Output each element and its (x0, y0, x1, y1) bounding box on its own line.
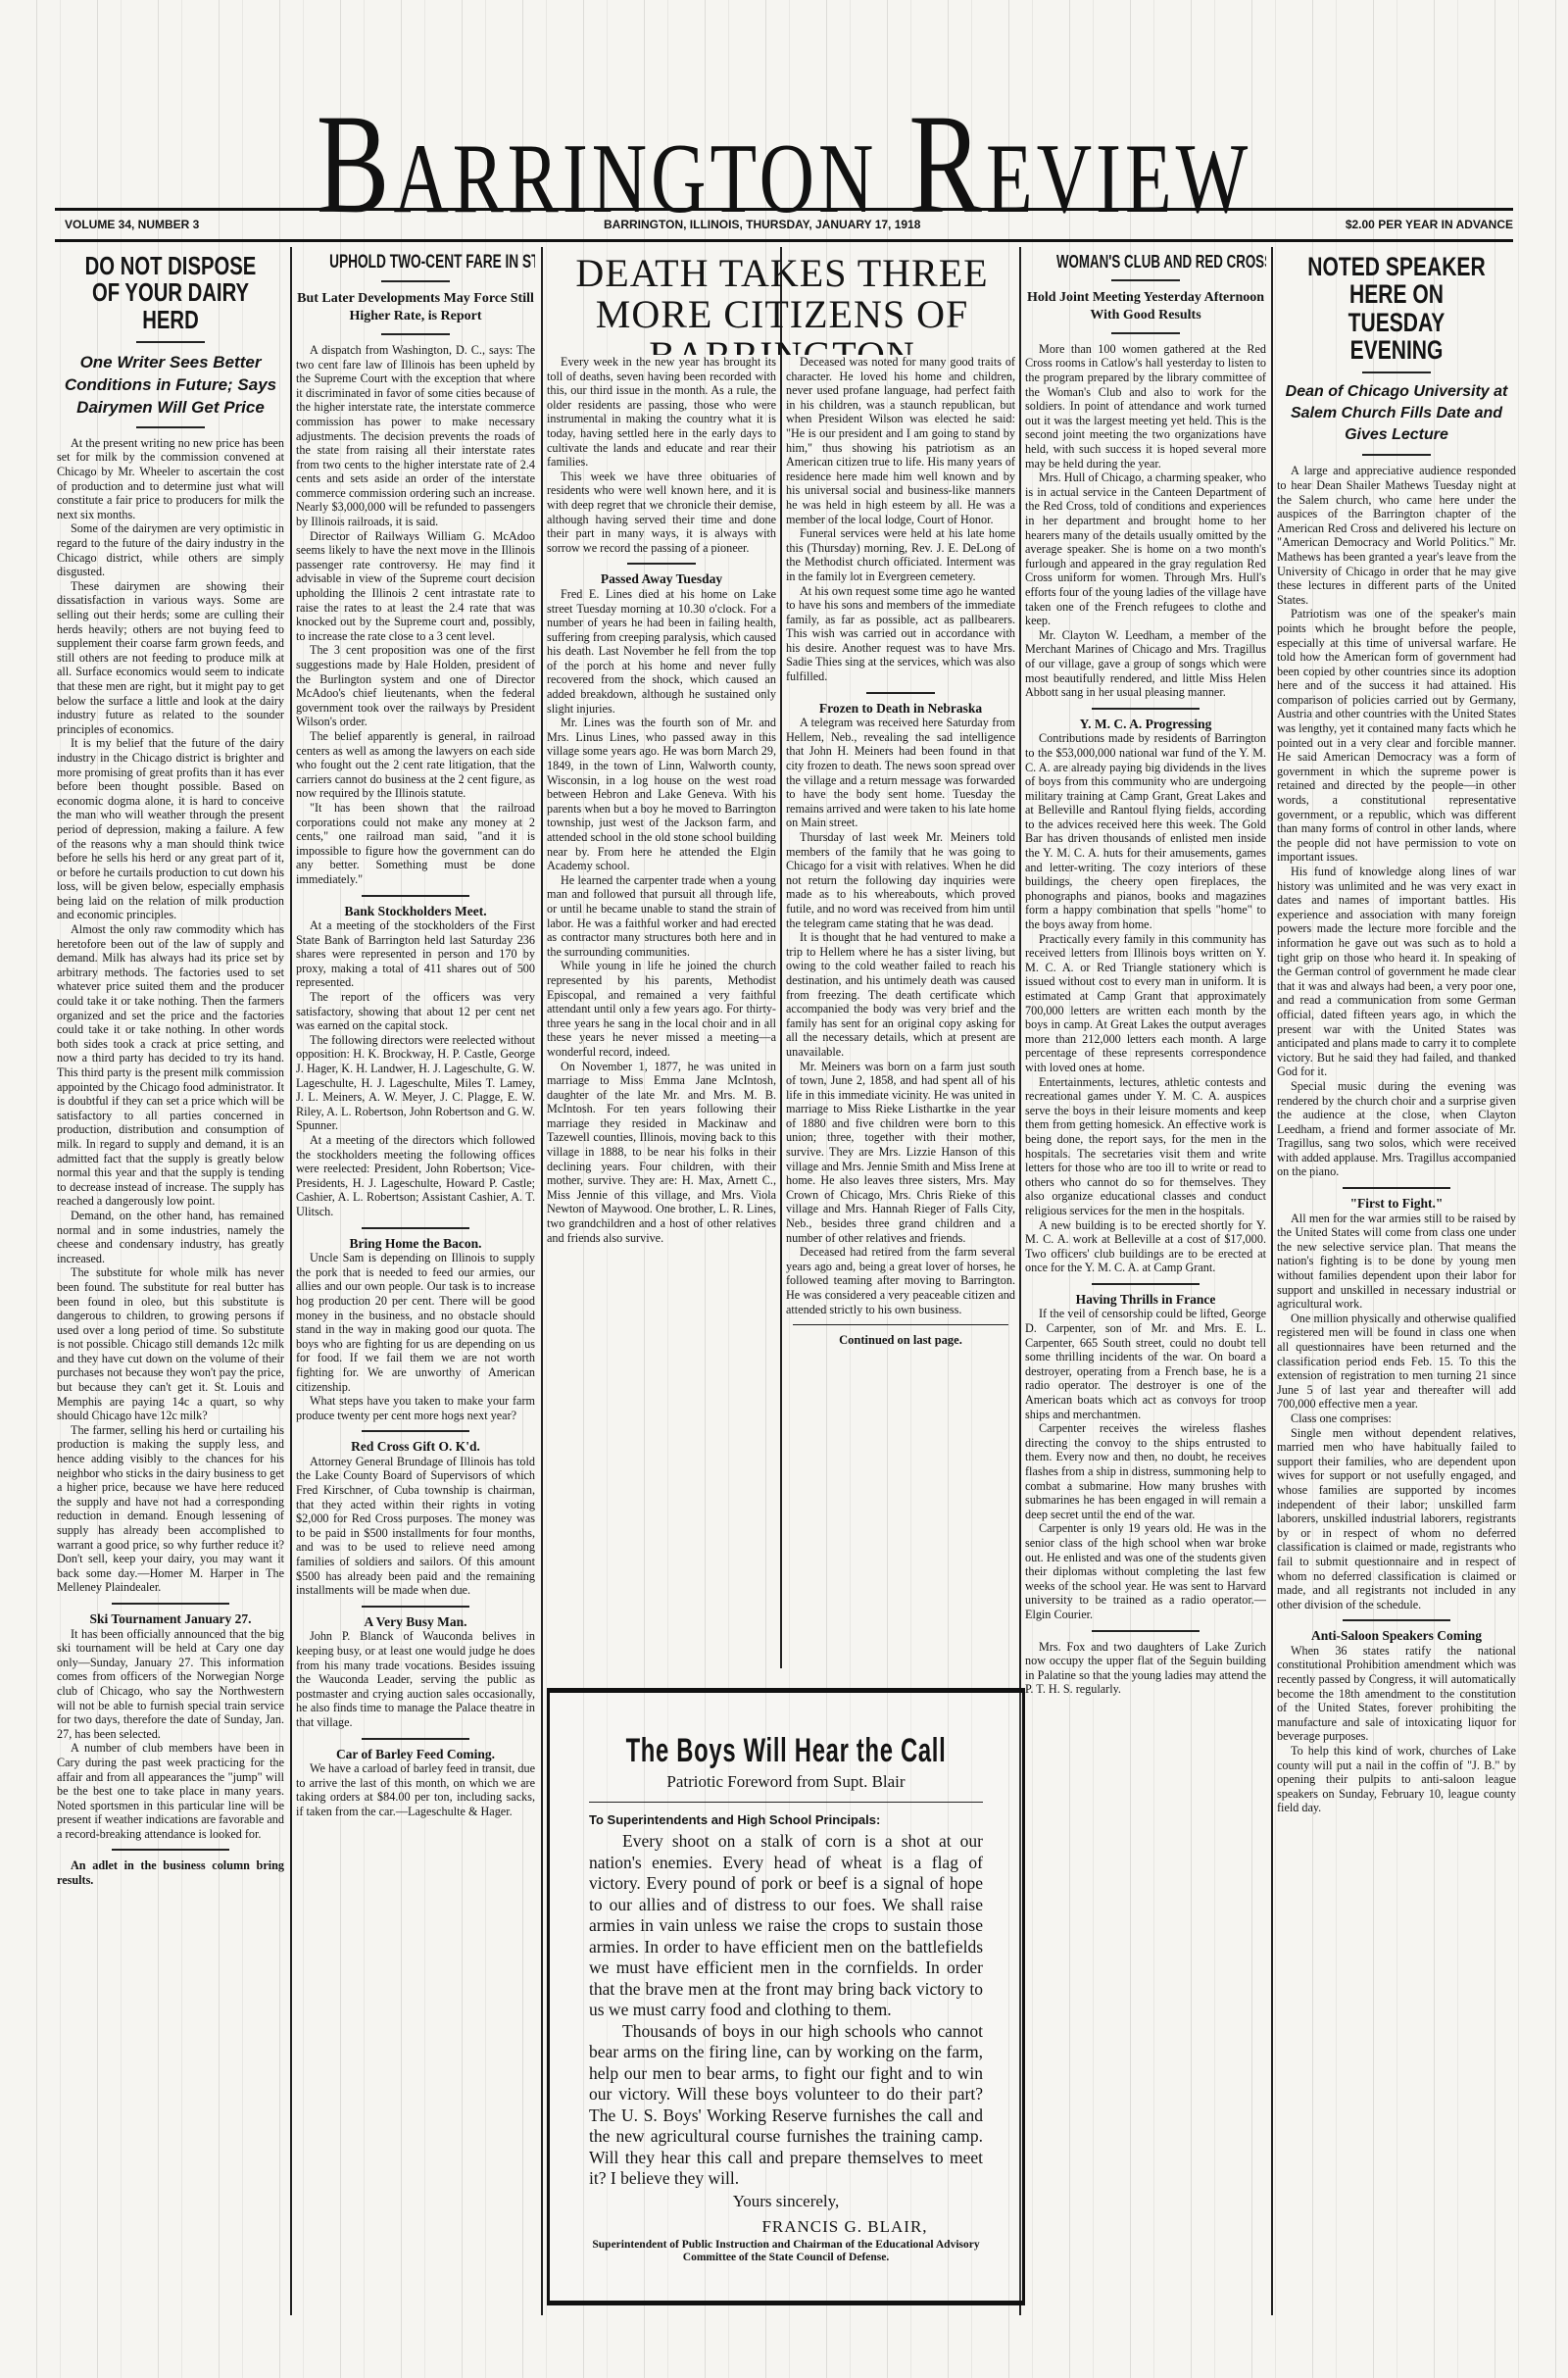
paragraph: The belief apparently is general, in rai… (296, 729, 535, 801)
box-headline: The Boys Will Hear the Call (620, 1732, 951, 1770)
masthead-rule-bottom (55, 239, 1513, 242)
paragraph: John P. Blanck of Wauconda belives in ke… (296, 1629, 535, 1729)
subhead-busy-man: A Very Busy Man. (296, 1615, 535, 1630)
divider (1362, 372, 1431, 373)
article-body: A telegram was received here Saturday fr… (786, 716, 1015, 1316)
paragraph: Entertainments, lectures, athletic conte… (1025, 1075, 1266, 1218)
headline: Uphold Two-Cent Fare in State (329, 253, 502, 272)
paragraph: Thursday of last week Mr. Meiners told m… (786, 830, 1015, 930)
article-body: More than 100 women gathered at the Red … (1025, 342, 1266, 700)
volume-number: Volume 34, Number 3 (65, 218, 199, 231)
divider (627, 563, 696, 565)
deck: Dean of Chicago University at Salem Chur… (1281, 381, 1512, 446)
article-body: John P. Blanck of Wauconda belives in ke… (296, 1629, 535, 1729)
subhead-thrills-france: Having Thrills in France (1025, 1293, 1266, 1308)
article-body: When 36 states ratify the national const… (1277, 1644, 1516, 1815)
divider (136, 341, 205, 343)
paragraph: "It has been shown that the railroad cor… (296, 801, 535, 887)
column-rule (1271, 247, 1273, 2315)
paragraph: A telegram was received here Saturday fr… (786, 716, 1015, 830)
subhead-ymca: Y. M. C. A. Progressing (1025, 718, 1266, 732)
headline: Noted Speaker Here on Tuesday Evening (1303, 253, 1490, 364)
divider (1343, 1187, 1450, 1189)
subscription-price: $2.00 per year in advance (1346, 218, 1513, 231)
paragraph: A number of club members have been in Ca… (57, 1741, 284, 1841)
paragraph: Fred E. Lines died at his home on Lake s… (547, 587, 776, 716)
article-body: At the present writing no new price has … (57, 436, 284, 1595)
paragraph: While young in life he joined the church… (547, 959, 776, 1059)
paragraph: Special music during the evening was ren… (1277, 1079, 1516, 1179)
article-body: A dispatch from Washington, D. C., says:… (296, 343, 535, 887)
subhead-bank-stockholders: Bank Stockholders Meet. (296, 905, 535, 919)
column-rule (290, 247, 292, 2315)
paragraph: When 36 states ratify the national const… (1277, 1644, 1516, 1744)
divider (1362, 454, 1431, 456)
paragraph: Every shoot on a stalk of corn is a shot… (589, 1831, 983, 2021)
article-noted-speaker: Noted Speaker Here on Tuesday Evening De… (1277, 247, 1516, 2335)
paragraph: His fund of knowledge along lines of war… (1277, 865, 1516, 1079)
signature: FRANCIS G. BLAIR, (550, 2217, 1022, 2237)
paragraph: What steps have you taken to make your f… (296, 1394, 535, 1422)
divider (1092, 1283, 1200, 1285)
box-subhead: Patriotic Foreword from Supt. Blair (550, 1772, 1022, 1792)
headline: Do Not Dispose of Your Dairy Herd (82, 253, 260, 333)
paragraph: He learned the carpenter trade when a yo… (547, 873, 776, 960)
paragraph: At his own request some time ago he want… (786, 584, 1015, 684)
column-rule (541, 247, 543, 2315)
paragraph: It has been officially announced that th… (57, 1627, 284, 1742)
paragraph: Director of Railways William G. McAdoo s… (296, 529, 535, 644)
closing: Yours sincerely, (550, 2192, 1022, 2211)
paragraph: Uncle Sam is depending on Illinois to su… (296, 1251, 535, 1394)
divider (112, 1849, 229, 1851)
subhead-ski-tournament: Ski Tournament January 27. (57, 1612, 284, 1627)
paragraph: It is my belief that the future of the d… (57, 736, 284, 922)
adlet-note: An adlet in the business column bring re… (57, 1858, 284, 1887)
paragraph: At a meeting of the directors which foll… (296, 1133, 535, 1219)
divider (362, 1738, 469, 1740)
paragraph: More than 100 women gathered at the Red … (1025, 342, 1266, 471)
divider (1111, 332, 1180, 334)
divider (381, 280, 450, 282)
paragraph: At a meeting of the stockholders of the … (296, 918, 535, 990)
subhead-bring-home-bacon: Bring Home the Bacon. (296, 1237, 535, 1252)
paragraph: If the veil of censorship could be lifte… (1025, 1307, 1266, 1421)
paragraph: Carpenter receives the wireless flashes … (1025, 1421, 1266, 1521)
article-body: We have a carload of barley feed in tran… (296, 1761, 535, 1818)
divider (1111, 279, 1180, 281)
article-death-col-b: Deceased was noted for many good traits … (786, 355, 1015, 1678)
article-body: Every week in the new year has brought i… (547, 355, 776, 555)
divider (362, 1227, 469, 1229)
paragraph: Single men without dependent relatives, … (1277, 1426, 1516, 1612)
divider (136, 426, 205, 428)
divider (1092, 1630, 1200, 1632)
headline: Woman's Club and Red Cross (1056, 253, 1235, 272)
paragraph: The 3 cent proposition was one of the fi… (296, 643, 535, 729)
article-dairy-herd: Do Not Dispose of Your Dairy Herd One Wr… (57, 247, 284, 2335)
paragraph: These dairymen are showing their dissati… (57, 579, 284, 737)
article-body: A large and appreciative audience respon… (1277, 464, 1516, 1179)
continued-note: Continued on last page. (786, 1333, 1015, 1348)
paragraph: Carpenter is only 19 years old. He was i… (1025, 1521, 1266, 1621)
article-womans-club: Woman's Club and Red Cross Hold Joint Me… (1025, 247, 1266, 2335)
signature-title: Superintendent of Public Instruction and… (589, 2239, 983, 2264)
divider (1343, 1619, 1450, 1621)
paragraph: The substitute for whole milk has never … (57, 1265, 284, 1423)
dateline-bar: Volume 34, Number 3 Barrington, Illinois… (55, 218, 1513, 235)
paragraph: Mrs. Hull of Chicago, a charming speaker… (1025, 471, 1266, 628)
paragraph: The following directors were reelected w… (296, 1033, 535, 1133)
boxed-letter-boys-call: The Boys Will Hear the Call Patriotic Fo… (547, 1688, 1025, 2305)
divider (362, 1430, 469, 1432)
subhead-red-cross-gift: Red Cross Gift O. K'd. (296, 1440, 535, 1455)
article-body: It has been officially announced that th… (57, 1627, 284, 1842)
subhead-anti-saloon: Anti-Saloon Speakers Coming (1277, 1629, 1516, 1644)
fox-note: Mrs. Fox and two daughters of Lake Zuric… (1025, 1640, 1266, 1697)
paragraph: We have a carload of barley feed in tran… (296, 1761, 535, 1818)
article-body: Deceased was noted for many good traits … (786, 355, 1015, 684)
paragraph: A large and appreciative audience respon… (1277, 464, 1516, 607)
paragraph: This week we have three obituaries of re… (547, 470, 776, 556)
paragraph: Thousands of boys in our high schools wh… (589, 2021, 983, 2190)
paragraph: Attorney General Brundage of Illinois ha… (296, 1455, 535, 1598)
paragraph: The farmer, selling his herd or curtaili… (57, 1423, 284, 1595)
divider (793, 1324, 1008, 1325)
paragraph: On November 1, 1877, he was united in ma… (547, 1060, 776, 1246)
divider (112, 1603, 229, 1605)
publication-date: Barrington, Illinois, Thursday, January … (604, 218, 920, 231)
paragraph: Mr. Lines was the fourth son of Mr. and … (547, 716, 776, 873)
paragraph: A dispatch from Washington, D. C., says:… (296, 343, 535, 529)
column-rule (780, 247, 782, 1668)
paragraph: Almost the only raw commodity which has … (57, 922, 284, 1209)
salutation: To Superintendents and High School Princ… (589, 1812, 983, 1827)
paragraph: One million physically and otherwise qua… (1277, 1312, 1516, 1412)
article-body: At a meeting of the stockholders of the … (296, 918, 535, 1218)
article-body: If the veil of censorship could be lifte… (1025, 1307, 1266, 1621)
paragraph: A new building is to be erected shortly … (1025, 1218, 1266, 1275)
paragraph: Deceased had retired from the farm sever… (786, 1245, 1015, 1316)
paragraph: Contributions made by residents of Barri… (1025, 731, 1266, 931)
article-body: Fred E. Lines died at his home on Lake s… (547, 587, 776, 1245)
article-body: Contributions made by residents of Barri… (1025, 731, 1266, 1275)
paragraph: Patriotism was one of the speaker's main… (1277, 607, 1516, 865)
divider (381, 333, 450, 335)
article-two-cent-fare: Uphold Two-Cent Fare in State But Later … (296, 247, 535, 2335)
paragraph: Every week in the new year has brought i… (547, 355, 776, 470)
paragraph: Deceased was noted for many good traits … (786, 355, 1015, 526)
subhead-passed-away: Passed Away Tuesday (547, 572, 776, 587)
article-body: Uncle Sam is depending on Illinois to su… (296, 1251, 535, 1422)
subhead-frozen-nebraska: Frozen to Death in Nebraska (786, 702, 1015, 717)
article-body: Attorney General Brundage of Illinois ha… (296, 1455, 535, 1598)
newspaper-page: Barrington Review Volume 34, Number 3 Ba… (0, 0, 1568, 2378)
subhead-first-to-fight: "First to Fight." (1277, 1197, 1516, 1212)
article-death-headline: Death Takes Three More Citizens of Barri… (547, 247, 1017, 355)
paragraph: At the present writing no new price has … (57, 436, 284, 522)
paragraph: Demand, on the other hand, has remained … (57, 1209, 284, 1265)
masthead-title: Barrington Review (0, 93, 1568, 236)
deck: One Writer Sees Better Conditions in Fut… (61, 351, 280, 419)
paragraph: To help this kind of work, churches of L… (1277, 1744, 1516, 1815)
subhead-barley-feed: Car of Barley Feed Coming. (296, 1748, 535, 1762)
divider (589, 1802, 983, 1803)
divider (362, 1606, 469, 1608)
article-death-col-a: Every week in the new year has brought i… (547, 355, 776, 1678)
paragraph: Funeral services were held at his late h… (786, 526, 1015, 583)
headline: Death Takes Three More Citizens of Barri… (547, 253, 1017, 355)
paragraph: Mr. Clayton W. Leedham, a member of the … (1025, 628, 1266, 700)
article-body: All men for the war armies still to be r… (1277, 1212, 1516, 1612)
paragraph: All men for the war armies still to be r… (1277, 1212, 1516, 1312)
paragraph: Some of the dairymen are very optimistic… (57, 521, 284, 578)
divider (866, 692, 935, 694)
masthead-rule-top (55, 208, 1513, 211)
divider (362, 895, 469, 897)
letter-body: Every shoot on a stalk of corn is a shot… (589, 1831, 983, 2190)
divider (1092, 708, 1200, 710)
paragraph: The report of the officers was very sati… (296, 990, 535, 1033)
paragraph: Mr. Meiners was born on a farm just sout… (786, 1060, 1015, 1246)
paragraph: It is thought that he had ventured to ma… (786, 930, 1015, 1059)
deck: Hold Joint Meeting Yesterday Afternoon W… (1025, 289, 1266, 324)
paragraph: Practically every family in this communi… (1025, 932, 1266, 1075)
deck: But Later Developments May Force Still H… (296, 290, 535, 325)
paragraph: Class one comprises: (1277, 1412, 1516, 1426)
